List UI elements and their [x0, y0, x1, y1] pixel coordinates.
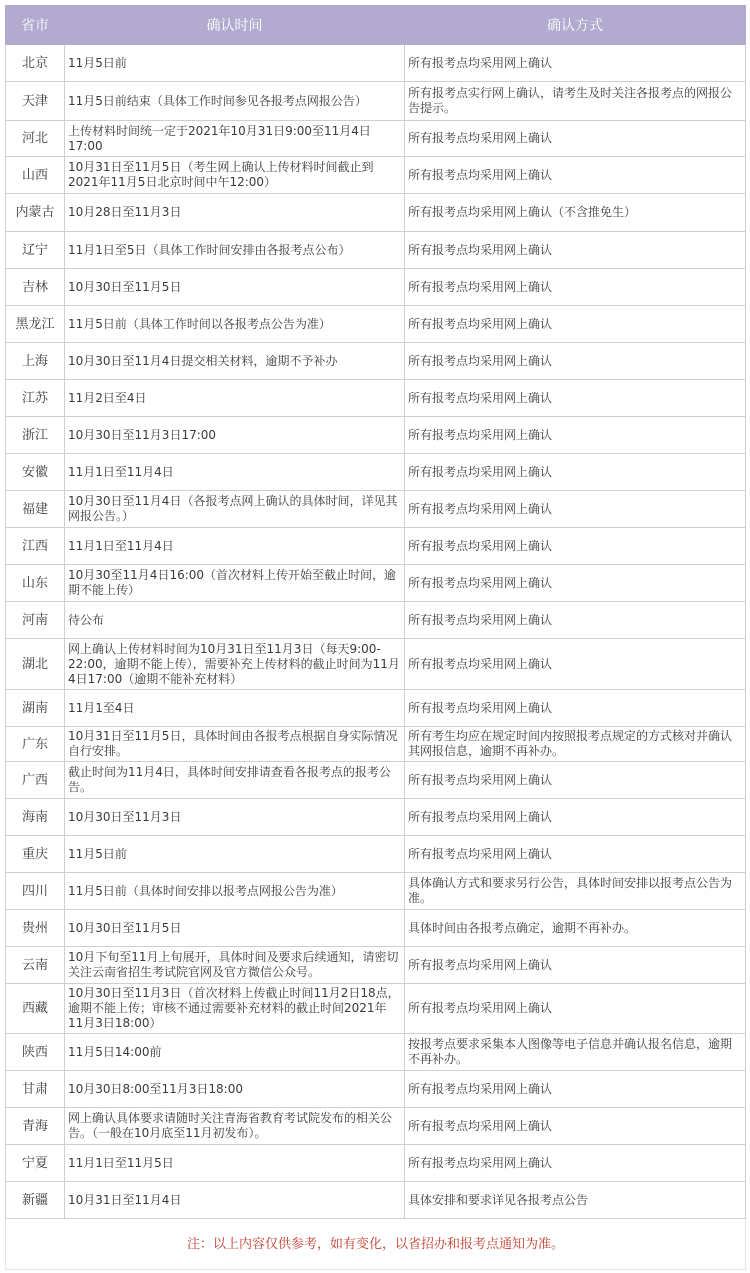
confirm-method-cell: 所有报考点均采用网上确认	[405, 690, 746, 727]
table-row: 四川11月5日前（具体时间安排以报考点网报公告为准）具体确认方式和要求另行公告，…	[6, 873, 746, 910]
disclaimer-note: 注：以上内容仅供参考，如有变化，以省招办和报考点通知为准。	[6, 1219, 746, 1270]
confirm-time-cell: 11月1至4日	[65, 690, 405, 727]
confirmation-table: 省市 确认时间 确认方式 北京11月5日前所有报考点均采用网上确认天津11月5日…	[5, 5, 746, 1270]
province-cell: 湖南	[6, 690, 65, 727]
confirm-time-cell: 10月30日至11月5日	[65, 910, 405, 947]
confirm-method-cell: 具体确认方式和要求另行公告，具体时间安排以报考点公告为准。	[405, 873, 746, 910]
header-province: 省市	[6, 6, 65, 45]
table-row: 北京11月5日前所有报考点均采用网上确认	[6, 45, 746, 82]
confirm-method-cell: 所有报考点均采用网上确认	[405, 232, 746, 269]
province-cell: 吉林	[6, 269, 65, 306]
province-cell: 陕西	[6, 1034, 65, 1071]
province-cell: 江西	[6, 528, 65, 565]
confirm-time-cell: 11月5日前（具体时间安排以报考点网报公告为准）	[65, 873, 405, 910]
confirm-time-cell: 11月2日至4日	[65, 380, 405, 417]
province-cell: 安徽	[6, 454, 65, 491]
confirm-time-cell: 11月5日14:00前	[65, 1034, 405, 1071]
confirm-time-cell: 10月31日至11月5日（考生网上确认上传材料时间截止到2021年11月5日北京…	[65, 157, 405, 194]
confirm-method-cell: 所有报考点均采用网上确认	[405, 602, 746, 639]
confirm-method-cell: 所有报考点均采用网上确认	[405, 1108, 746, 1145]
confirm-method-cell: 所有报考点均采用网上确认	[405, 984, 746, 1034]
table-row: 新疆10月31日至11月4日具体安排和要求详见各报考点公告	[6, 1182, 746, 1219]
table-row: 云南10月下旬至11月上旬展开，具体时间及要求后续通知，请密切关注云南省招生考试…	[6, 947, 746, 984]
province-cell: 湖北	[6, 639, 65, 690]
province-cell: 江苏	[6, 380, 65, 417]
province-cell: 河北	[6, 121, 65, 157]
confirm-time-cell: 待公布	[65, 602, 405, 639]
confirm-time-cell: 网上确认上传材料时间为10月31日至11月3日（每天9:00-22:00，逾期不…	[65, 639, 405, 690]
province-cell: 黑龙江	[6, 306, 65, 343]
table-row: 广东10月31日至11月5日，具体时间由各报考点根据自身实际情况自行安排。所有考…	[6, 727, 746, 762]
table-row: 青海网上确认具体要求请随时关注青海省教育考试院发布的相关公告。（一般在10月底至…	[6, 1108, 746, 1145]
confirm-method-cell: 所有报考点均采用网上确认	[405, 380, 746, 417]
province-cell: 内蒙古	[6, 194, 65, 232]
province-cell: 甘肃	[6, 1071, 65, 1108]
header-confirm-method: 确认方式	[405, 6, 746, 45]
province-cell: 北京	[6, 45, 65, 82]
province-cell: 辽宁	[6, 232, 65, 269]
confirm-time-cell: 11月1日至5日（具体工作时间安排由各报考点公布）	[65, 232, 405, 269]
table-row: 浙江10月30日至11月3日17:00所有报考点均采用网上确认	[6, 417, 746, 454]
confirm-method-cell: 具体时间由各报考点确定，逾期不再补办。	[405, 910, 746, 947]
table-row: 广西截止时间为11月4日，具体时间安排请查看各报考点的报考公告。所有报考点均采用…	[6, 762, 746, 799]
confirm-time-cell: 10月下旬至11月上旬展开，具体时间及要求后续通知，请密切关注云南省招生考试院官…	[65, 947, 405, 984]
confirm-time-cell: 10月30日8:00至11月3日18:00	[65, 1071, 405, 1108]
confirmation-table-container: 省市 确认时间 确认方式 北京11月5日前所有报考点均采用网上确认天津11月5日…	[5, 5, 745, 1270]
province-cell: 山东	[6, 565, 65, 602]
confirm-time-cell: 10月28日至11月3日	[65, 194, 405, 232]
confirm-time-cell: 11月5日前结束（具体工作时间参见各报考点网报公告）	[65, 82, 405, 121]
confirm-time-cell: 10月30日至11月4日提交相关材料，逾期不予补办	[65, 343, 405, 380]
province-cell: 新疆	[6, 1182, 65, 1219]
province-cell: 山西	[6, 157, 65, 194]
province-cell: 广西	[6, 762, 65, 799]
province-cell: 天津	[6, 82, 65, 121]
confirm-time-cell: 网上确认具体要求请随时关注青海省教育考试院发布的相关公告。（一般在10月底至11…	[65, 1108, 405, 1145]
confirm-method-cell: 具体安排和要求详见各报考点公告	[405, 1182, 746, 1219]
table-row: 辽宁11月1日至5日（具体工作时间安排由各报考点公布）所有报考点均采用网上确认	[6, 232, 746, 269]
confirm-method-cell: 所有报考点均采用网上确认	[405, 528, 746, 565]
province-cell: 青海	[6, 1108, 65, 1145]
confirm-time-cell: 11月5日前（具体工作时间以各报考点公告为准）	[65, 306, 405, 343]
confirm-method-cell: 所有报考点均采用网上确认	[405, 1145, 746, 1182]
table-row: 天津11月5日前结束（具体工作时间参见各报考点网报公告）所有报考点实行网上确认，…	[6, 82, 746, 121]
confirm-method-cell: 所有报考点均采用网上确认	[405, 639, 746, 690]
table-row: 陕西11月5日14:00前按报考点要求采集本人图像等电子信息并确认报名信息，逾期…	[6, 1034, 746, 1071]
table-row: 安徽11月1日至11月4日所有报考点均采用网上确认	[6, 454, 746, 491]
confirm-time-cell: 11月5日前	[65, 836, 405, 873]
table-row: 海南10月30日至11月3日所有报考点均采用网上确认	[6, 799, 746, 836]
table-row: 江苏11月2日至4日所有报考点均采用网上确认	[6, 380, 746, 417]
confirm-time-cell: 10月30至11月4日16:00（首次材料上传开始至截止时间，逾期不能上传）	[65, 565, 405, 602]
confirm-time-cell: 10月31日至11月5日，具体时间由各报考点根据自身实际情况自行安排。	[65, 727, 405, 762]
confirm-method-cell: 所有报考点均采用网上确认	[405, 45, 746, 82]
table-row: 贵州10月30日至11月5日具体时间由各报考点确定，逾期不再补办。	[6, 910, 746, 947]
confirm-time-cell: 截止时间为11月4日，具体时间安排请查看各报考点的报考公告。	[65, 762, 405, 799]
table-row: 湖南11月1至4日所有报考点均采用网上确认	[6, 690, 746, 727]
confirm-time-cell: 10月30日至11月5日	[65, 269, 405, 306]
table-row: 重庆11月5日前所有报考点均采用网上确认	[6, 836, 746, 873]
confirm-method-cell: 所有报考点均采用网上确认	[405, 947, 746, 984]
province-cell: 贵州	[6, 910, 65, 947]
confirm-time-cell: 11月1日至11月4日	[65, 454, 405, 491]
confirm-method-cell: 所有报考点均采用网上确认	[405, 306, 746, 343]
confirm-method-cell: 所有报考点均采用网上确认	[405, 269, 746, 306]
table-header-row: 省市 确认时间 确认方式	[6, 6, 746, 45]
confirm-time-cell: 上传材料时间统一定于2021年10月31日9:00至11月4日17:00	[65, 121, 405, 157]
province-cell: 广东	[6, 727, 65, 762]
table-row: 河北上传材料时间统一定于2021年10月31日9:00至11月4日17:00所有…	[6, 121, 746, 157]
table-row: 山西10月31日至11月5日（考生网上确认上传材料时间截止到2021年11月5日…	[6, 157, 746, 194]
table-row: 甘肃10月30日8:00至11月3日18:00所有报考点均采用网上确认	[6, 1071, 746, 1108]
confirm-method-cell: 所有报考点均采用网上确认	[405, 1071, 746, 1108]
table-row: 黑龙江11月5日前（具体工作时间以各报考点公告为准）所有报考点均采用网上确认	[6, 306, 746, 343]
confirm-method-cell: 按报考点要求采集本人图像等电子信息并确认报名信息，逾期不再补办。	[405, 1034, 746, 1071]
confirm-method-cell: 所有报考点均采用网上确认	[405, 565, 746, 602]
confirm-method-cell: 所有报考点实行网上确认，请考生及时关注各报考点的网报公告提示。	[405, 82, 746, 121]
confirm-time-cell: 11月1日至11月5日	[65, 1145, 405, 1182]
confirm-method-cell: 所有报考点均采用网上确认	[405, 343, 746, 380]
confirm-method-cell: 所有报考点均采用网上确认（不含推免生）	[405, 194, 746, 232]
table-row: 内蒙古10月28日至11月3日所有报考点均采用网上确认（不含推免生）	[6, 194, 746, 232]
confirm-method-cell: 所有报考点均采用网上确认	[405, 157, 746, 194]
table-row: 江西11月1日至11月4日所有报考点均采用网上确认	[6, 528, 746, 565]
province-cell: 云南	[6, 947, 65, 984]
table-row: 吉林10月30日至11月5日所有报考点均采用网上确认	[6, 269, 746, 306]
table-row: 河南待公布所有报考点均采用网上确认	[6, 602, 746, 639]
confirm-method-cell: 所有报考点均采用网上确认	[405, 799, 746, 836]
confirm-time-cell: 10月30日至11月3日	[65, 799, 405, 836]
table-body: 北京11月5日前所有报考点均采用网上确认天津11月5日前结束（具体工作时间参见各…	[6, 45, 746, 1270]
province-cell: 浙江	[6, 417, 65, 454]
table-row: 西藏10月30日至11月3日（首次材料上传截止时间11月2日18点，逾期不能上传…	[6, 984, 746, 1034]
table-row: 湖北网上确认上传材料时间为10月31日至11月3日（每天9:00-22:00，逾…	[6, 639, 746, 690]
confirm-method-cell: 所有报考点均采用网上确认	[405, 491, 746, 528]
confirm-time-cell: 10月31日至11月4日	[65, 1182, 405, 1219]
confirm-method-cell: 所有报考点均采用网上确认	[405, 121, 746, 157]
note-row: 注：以上内容仅供参考，如有变化，以省招办和报考点通知为准。	[6, 1219, 746, 1270]
confirm-method-cell: 所有报考点均采用网上确认	[405, 762, 746, 799]
header-confirm-time: 确认时间	[65, 6, 405, 45]
province-cell: 河南	[6, 602, 65, 639]
table-row: 宁夏11月1日至11月5日所有报考点均采用网上确认	[6, 1145, 746, 1182]
province-cell: 福建	[6, 491, 65, 528]
confirm-time-cell: 11月5日前	[65, 45, 405, 82]
confirm-method-cell: 所有报考点均采用网上确认	[405, 836, 746, 873]
province-cell: 四川	[6, 873, 65, 910]
confirm-method-cell: 所有报考点均采用网上确认	[405, 417, 746, 454]
province-cell: 西藏	[6, 984, 65, 1034]
confirm-time-cell: 11月1日至11月4日	[65, 528, 405, 565]
confirm-time-cell: 10月30日至11月3日17:00	[65, 417, 405, 454]
confirm-method-cell: 所有考生均应在规定时间内按照报考点规定的方式核对并确认其网报信息，逾期不再补办。	[405, 727, 746, 762]
confirm-time-cell: 10月30日至11月3日（首次材料上传截止时间11月2日18点，逾期不能上传；审…	[65, 984, 405, 1034]
province-cell: 宁夏	[6, 1145, 65, 1182]
table-row: 山东10月30至11月4日16:00（首次材料上传开始至截止时间，逾期不能上传）…	[6, 565, 746, 602]
confirm-method-cell: 所有报考点均采用网上确认	[405, 454, 746, 491]
province-cell: 海南	[6, 799, 65, 836]
table-row: 福建10月30日至11月4日（各报考点网上确认的具体时间，详见其网报公告。）所有…	[6, 491, 746, 528]
confirm-time-cell: 10月30日至11月4日（各报考点网上确认的具体时间，详见其网报公告。）	[65, 491, 405, 528]
province-cell: 上海	[6, 343, 65, 380]
table-row: 上海10月30日至11月4日提交相关材料，逾期不予补办所有报考点均采用网上确认	[6, 343, 746, 380]
province-cell: 重庆	[6, 836, 65, 873]
